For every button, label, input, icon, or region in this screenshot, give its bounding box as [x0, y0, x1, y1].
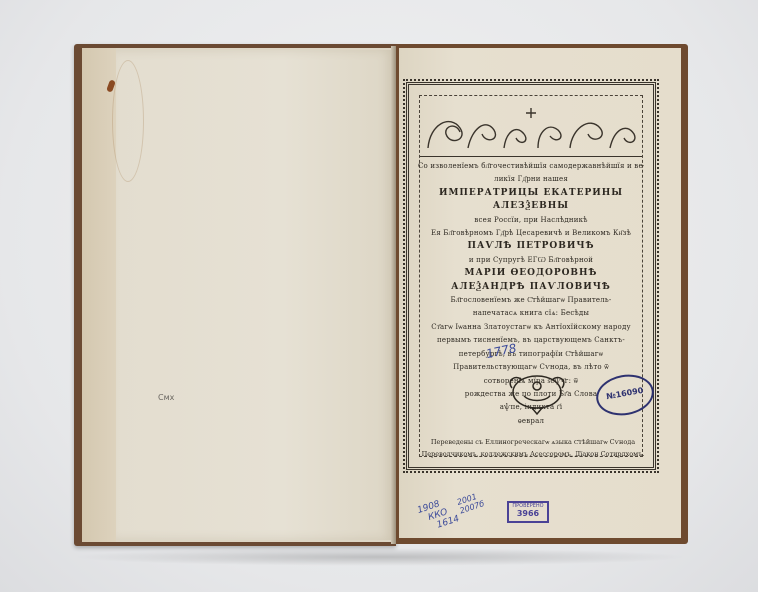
title-line: напечатасѧ книга сїѧ: Бесѣды: [418, 307, 644, 320]
title-line-empress: ИМПЕРАТРИЦЫ ЕКАТЕРИНЫ: [418, 187, 644, 200]
pencil-note: Смх: [158, 393, 174, 402]
title-line: ликїя Гд҃рни нашея: [418, 173, 644, 186]
imprint-line: Переводчикомъ, коллежскимъ Асессоромъ, Д…: [418, 448, 648, 460]
title-line-patronymic: АЛЕЗѮЕВНЫ: [418, 200, 644, 213]
left-flyleaf: [116, 50, 394, 540]
left-hinge-strip: [82, 48, 116, 542]
title-line-paul: ПАѴЛѢ ПЕТРОВИЧѢ: [418, 240, 644, 253]
title-line: петербургѣ, въ типографїи С҃тѣйшагѡ: [418, 348, 644, 361]
stamp-number: №16090: [597, 384, 652, 402]
floral-scroll-icon: [420, 104, 642, 156]
imprint-text: Переведены съ Еллиногреческагѡ ѧзыка С҃т…: [418, 436, 648, 460]
title-line: ѳеврал: [418, 415, 644, 428]
title-line: Бл҃гословенїемъ же С҃тѣйшагѡ Правитель-: [418, 294, 644, 307]
title-line: всея Россїи, при Наслѣдникѣ: [418, 214, 644, 227]
water-stain: [112, 60, 144, 182]
stamp-number: 3966: [509, 509, 547, 518]
title-line: Со изволенїемъ бл҃гочестивѣйшїя самодерж…: [418, 160, 644, 173]
title-line: Ст҃агѡ Іѡанна Златоустагѡ къ Антїохїйско…: [418, 321, 644, 334]
title-line: и при Супругѣ ЕГѠ Бл҃говѣрной: [418, 254, 644, 267]
inventory-rect-stamp: ПРОВЕРЕНО 3966: [507, 501, 549, 523]
imprint-line: Переведены съ Еллиногреческагѡ ѧзыка С҃т…: [418, 436, 648, 448]
tailpiece-vignette: [502, 370, 572, 416]
book-shadow: [70, 548, 690, 566]
title-line: первымъ тисненїемъ, въ царствующемъ Санк…: [418, 334, 644, 347]
ornament-icon: [502, 370, 572, 416]
title-line: Ея Бл҃говѣрномъ Гд҃рѣ Цесаревичѣ и Велик…: [418, 227, 644, 240]
title-line-alexander: АЛЕѮАНДРѢ ПАѴЛОВИЧѢ: [418, 281, 644, 294]
title-line-maria: МАРІИ ѲЕОДОРОВНѢ: [418, 267, 644, 280]
headpiece-ornament: [420, 104, 642, 157]
